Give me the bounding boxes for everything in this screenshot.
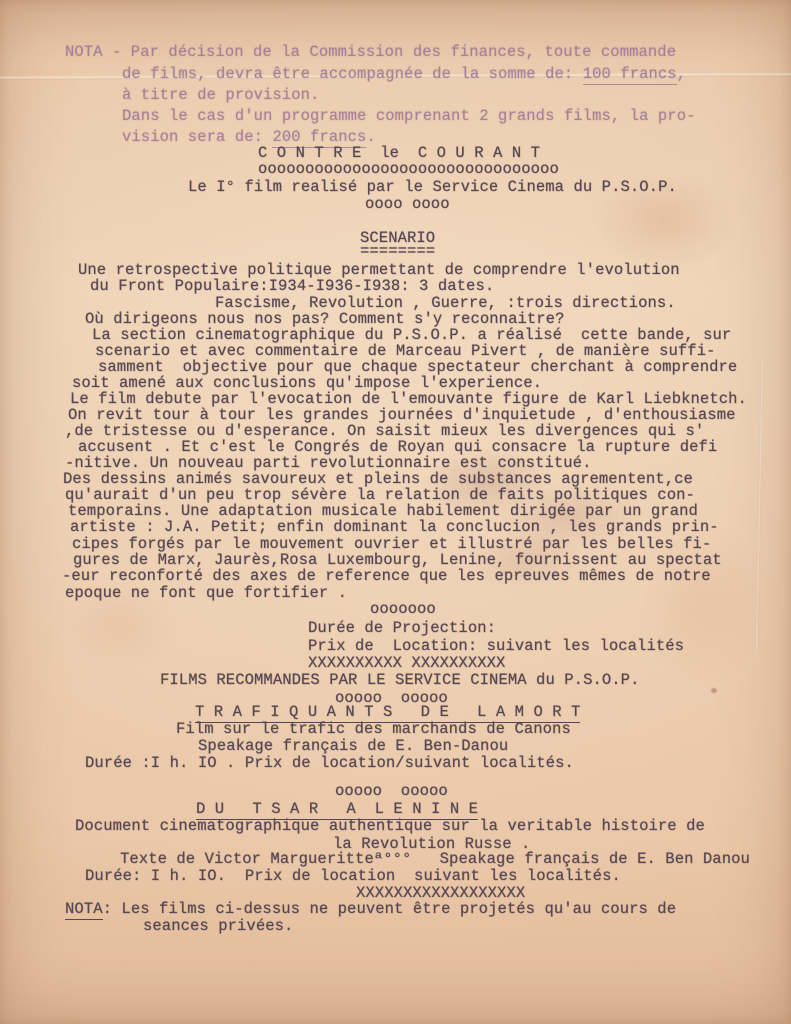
recommended-films-heading: FILMS RECOMMANDES PAR LE SERVICE CINEMA … — [160, 672, 639, 689]
text-segment: de films, devra être accompagnée de la s… — [122, 65, 583, 83]
scenario-heading-underline: ======== — [360, 243, 435, 260]
text-segment: Prix de Location: suivant les localités — [308, 637, 684, 655]
text-segment: vision sera de: — [122, 128, 272, 146]
crossed-out-row: XXXXXXXXXX XXXXXXXXXX — [308, 655, 505, 672]
text-segment: ooooooo — [370, 600, 436, 618]
ornament-dots: ooooo ooooo — [335, 783, 448, 800]
ornament-dots: ooooooo — [370, 601, 436, 618]
text-segment: , — [677, 65, 686, 83]
text-segment: Dans le cas d'un programme comprenant 2 … — [122, 107, 696, 125]
body-line: Durée :I h. IO . Prix de location/suivan… — [85, 755, 574, 772]
text-segment: Durée: I h. IO. Prix de location suivant… — [85, 867, 621, 885]
ornament-dots: oooo oooo — [365, 196, 450, 213]
text-segment: NOTA - Par décision de la Commission des… — [65, 43, 676, 61]
body-line: Document cinematographique authentique s… — [75, 818, 705, 835]
text-segment: artiste : J.A. Petit; enfin dominant la … — [70, 518, 719, 536]
scanned-page: NOTA - Par décision de la Commission des… — [0, 0, 791, 1024]
text-segment: à titre de provision. — [122, 86, 319, 104]
text-segment: seances privées. — [143, 917, 293, 935]
underlined-text: NOTA — [65, 900, 103, 920]
projection-duration: Durée de Projection: — [308, 620, 496, 637]
text-segment: XXXXXXXXXX XXXXXXXXXX — [308, 654, 505, 672]
body-line: Durée: I h. IO. Prix de location suivant… — [85, 868, 621, 885]
text-line: de films, devra être accompagnée de la s… — [122, 66, 686, 83]
underlined-text: 100 francs — [583, 65, 677, 85]
body-line: Speakage français de E. Ben-Danou — [198, 738, 508, 755]
body-line: Texte de Victor Margueritteª°°° Speakage… — [120, 851, 750, 868]
paper-speck — [711, 688, 717, 693]
body-line: seances privées. — [143, 918, 293, 935]
nota-bottom: NOTA: Les films ci-dessus ne peuvent êtr… — [65, 901, 676, 918]
title-ornament-dots: oooooooooooooooooooooooooooooooo — [258, 161, 559, 178]
nota-top: NOTA - Par décision de la Commission des… — [65, 44, 676, 61]
text-segment: Texte de Victor Margueritteª°°° Speakage… — [120, 850, 750, 868]
text-segment: oooo oooo — [365, 195, 450, 213]
body-line: -eur reconforté des axes de reference qu… — [62, 568, 711, 585]
film-title-du-tsar: D U T S A R A L E N I N E — [196, 801, 478, 818]
text-segment: Film sur le trafic des marchands de Cano… — [176, 720, 571, 738]
text-segment: ooooo ooooo — [335, 782, 448, 800]
film-title-trafiquants: T R A F I Q U A N T S D E L A M O R T — [195, 704, 580, 721]
text-segment: du Front Populaire:I934-I936-I938: 3 dat… — [90, 277, 494, 295]
text-segment: Document cinematographique authentique s… — [75, 817, 705, 835]
text-segment: FILMS RECOMMANDES PAR LE SERVICE CINEMA … — [160, 671, 639, 689]
text-segment: -eur reconforté des axes de reference qu… — [62, 567, 711, 585]
text-segment: Speakage français de E. Ben-Danou — [198, 737, 508, 755]
text-line: Dans le cas d'un programme comprenant 2 … — [122, 108, 696, 125]
text-segment: : Les films ci-dessus ne peuvent être pr… — [103, 900, 677, 918]
subtitle: Le I° film realisé par le Service Cinema… — [188, 179, 677, 196]
body-line: artiste : J.A. Petit; enfin dominant la … — [70, 519, 719, 536]
text-segment: Durée de Projection: — [308, 619, 496, 637]
rental-price: Prix de Location: suivant les localités — [308, 638, 684, 655]
text-segment: epoque ne font que fortifier . — [65, 584, 347, 602]
body-line: Film sur le trafic des marchands de Cano… — [176, 721, 571, 738]
text-line: à titre de provision. — [122, 87, 319, 104]
text-segment: Le I° film realisé par le Service Cinema… — [188, 178, 677, 196]
text-segment: oooooooooooooooooooooooooooooooo — [258, 160, 559, 178]
body-line: epoque ne font que fortifier . — [65, 585, 347, 602]
body-line: du Front Populaire:I934-I936-I938: 3 dat… — [90, 278, 494, 295]
text-segment: ======== — [360, 242, 435, 260]
text-segment: Durée :I h. IO . Prix de location/suivan… — [85, 754, 574, 772]
